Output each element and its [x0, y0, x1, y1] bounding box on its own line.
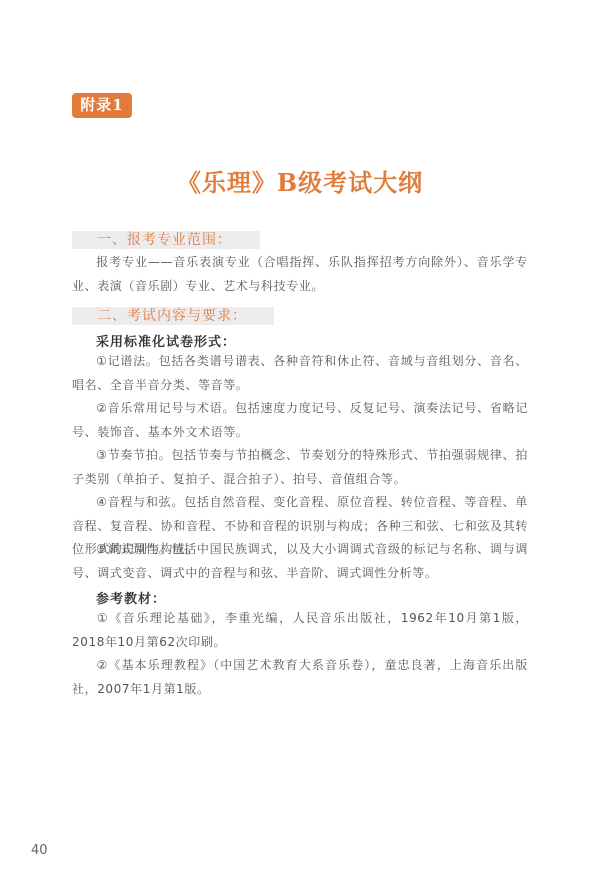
reference-item-2: ②《基本乐理教程》（中国艺术教育大系音乐卷），童忠良著，上海音乐出版社，2007… — [72, 654, 528, 701]
page-number: 40 — [31, 843, 48, 858]
references-subheading: 参考教材： — [96, 588, 166, 607]
appendix-badge: 附录1 — [72, 93, 132, 118]
reference-text: ①《音乐理论基础》，李重光编，人民音乐出版社，1962年10月第1版，2018年… — [72, 611, 528, 649]
content-item-2: ②音乐常用记号与术语。包括速度力度记号、反复记号、演奏法记号、省略记号、装饰音、… — [72, 397, 528, 444]
section-1-paragraph: 报考专业——音乐表演专业（合唱指挥、乐队指挥招考方向除外）、音乐学专业、表演（音… — [72, 251, 528, 298]
section-heading-bar-1: 一、报考专业范围： — [72, 231, 260, 249]
exam-format-subheading: 采用标准化试卷形式： — [96, 331, 236, 350]
content-item-1: ①记谱法。包括各类谱号谱表、各种音符和休止符、音域与音组划分、音名、唱名、全音半… — [72, 350, 528, 397]
reference-text: ②《基本乐理教程》（中国艺术教育大系音乐卷），童忠良著，上海音乐出版社，2007… — [72, 658, 528, 696]
content-item-5: ⑤调式调性。包括中国民族调式，以及大小调调式音级的标记与名称、调与调号、调式变音… — [72, 538, 528, 585]
page-title: 《乐理》B级考试大纲 — [0, 163, 600, 198]
item-text: ③节奏节拍。包括节奏与节拍概念、节奏划分的特殊形式、节拍强弱规律、拍子类别（单拍… — [72, 448, 528, 486]
item-text: ②音乐常用记号与术语。包括速度力度记号、反复记号、演奏法记号、省略记号、装饰音、… — [72, 401, 528, 439]
reference-item-1: ①《音乐理论基础》，李重光编，人民音乐出版社，1962年10月第1版，2018年… — [72, 607, 528, 654]
paragraph-text: 报考专业——音乐表演专业（合唱指挥、乐队指挥招考方向除外）、音乐学专业、表演（音… — [72, 255, 528, 293]
item-text: ①记谱法。包括各类谱号谱表、各种音符和休止符、音域与音组划分、音名、唱名、全音半… — [72, 354, 528, 392]
section-heading-1: 一、报考专业范围： — [97, 231, 232, 249]
section-heading-2: 二、考试内容与要求： — [97, 307, 247, 325]
section-heading-bar-2: 二、考试内容与要求： — [72, 307, 274, 325]
content-item-3: ③节奏节拍。包括节奏与节拍概念、节奏划分的特殊形式、节拍强弱规律、拍子类别（单拍… — [72, 444, 528, 491]
item-text: ⑤调式调性。包括中国民族调式，以及大小调调式音级的标记与名称、调与调号、调式变音… — [72, 542, 528, 580]
